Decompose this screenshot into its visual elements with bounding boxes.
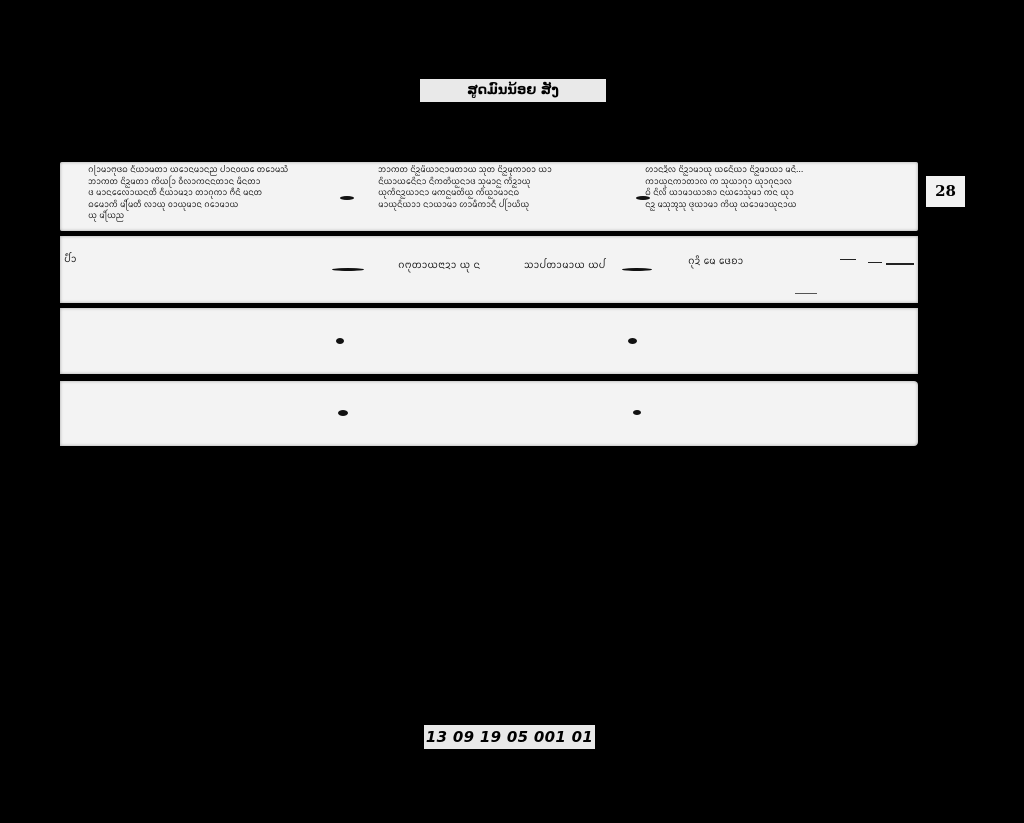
palm-leaf-1: ᨣᩕᩣᨾᩣᨻᩩᨴᨵ ᨶᩥᨿᩣᨾᨲᩣ ᨿᩮᩣᨶᨾᩣᨶᨬ ᨸᩣᨶᩅᨿᩮ ᨲᩮᩣᨾᩈᩫ…	[60, 162, 918, 231]
string-hole	[336, 338, 344, 344]
page-number-label: 28	[926, 176, 965, 207]
ink-mark	[840, 259, 856, 260]
title-inscription: ᩈᩣᨸᨲᩣᨾᩣᨿ ᨿᨸ	[524, 258, 605, 274]
ink-mark	[795, 293, 817, 294]
palm-leaf-2: ᨸᩥᩣ ᨣᨻᩩᨲᩣᨿᨶᩣᨯᩣ ᨿᩩ ᨶ ᩈᩣᨸᨲᩣᨾᩣᨿ ᨿᨸ ᨣᩩᨯᩦ ᨾᩮ …	[60, 236, 918, 303]
leaf-1-column-1: ᨣᩕᩣᨾᩣᨻᩩᨴᨵ ᨶᩥᨿᩣᨾᨲᩣ ᨿᩮᩣᨶᨾᩣᨶᨬ ᨸᩣᨶᩅᨿᩮ ᨲᩮᩣᨾᩈᩫ…	[88, 165, 363, 223]
script-line: ᨣᩕᩣᨾᩣᨻᩩᨴᨵ ᨶᩥᨿᩣᨾᨲᩣ ᨿᩮᩣᨶᨾᩣᨶᨬ ᨸᩣᨶᩅᨿᩮ ᨲᩮᩣᨾᩈᩫ	[88, 165, 363, 177]
script-line: ᨽᩣᨠᨲ ᨶᩦᨯᩬᨾᨲᩣ ᨠᩦᨿᩕᩣ ᩅᩥᩃᩣᨠᨶᨶᨲᩣᨶ ᨾᩥᨶᨲᩣ	[88, 177, 363, 189]
script-line: ᨽᩣᨠᨲ ᨶᩦᨯᩬᨾᩦᨿᩣᨶᩣᨾᨲᩣᨿ ᩈᩩᨲ ᨶᩦᨯᩬᨾᩩᨠᩣᩅᩣ ᨿᩣ	[378, 165, 626, 177]
ink-mark	[886, 263, 914, 265]
leaf-1-column-3: ᩉᩣᨶᨯᩥᩃ ᨶᩦᨯᩬᩣᨾᩣᨿᩩ ᨿᩮᨶᩦᨿᩣ ᨶᩦᨯᩬᨾᩣᨿᩣ ᨾᨶᩫ... …	[645, 165, 907, 211]
string-hole	[628, 338, 637, 344]
script-line: ᨾᩣᨿᩩᨶᩦᨿᩣᩣ ᨶᩣᨿᩣᨾᩣ ᩉᩣᨾᩥᨠᩣᨶᩥ ᨸᩕᩣᨿᩦᨿᩩ	[378, 200, 626, 212]
collection-title-label: ສູດມົນນ້ອຍ ສັງ	[420, 79, 606, 102]
script-line: ᨴ ᨾᩣᨶᩯᩃᩣᨿᨶᨲᩥ ᨶᩥᨿᩣᨾᨯᩣ ᨲᩣᨣᩩᨠᩣ ᨻᩥᨶᩫ ᨾᨶᨲ	[88, 188, 363, 200]
string-hole	[340, 196, 354, 200]
archive-code-label: 13 09 19 05 001 01	[424, 725, 595, 749]
script-line: ᨵᩮᨾᩣᨠᩦ ᨾᩕᩥᨾᨲᩥ ᩃᩣᨿᩩ ᩅᩣᨿᩩᨾᩣᨶ ᨣᩮᩣᨾᩣᨿ	[88, 200, 363, 212]
date-inscription: ᨣᩩᨯᩦ ᨾᩮ ᨴᩮᨧᩣ	[688, 254, 743, 270]
string-hole	[622, 268, 652, 271]
script-line: ᨠᩣᨿᩩᨶᨠᩣᨲᩣᩃ ᨠ ᩈᩩᨿᩣᨣᩩᩣ ᨿᩩᩣᨣᩩᨶᩣᩃ	[645, 177, 907, 189]
script-line: ᨶᨯᩬ ᨾᩈᩩᩋᩩᩈᩩ ᨴᩩᨿᩣᨾᩣ ᨠᩦᨿᩩ ᨿᩮᩣᨾᩣᨿᩩᨶᩣᨿ	[645, 200, 907, 212]
palm-leaf-3	[60, 308, 918, 374]
string-hole	[633, 410, 641, 415]
ink-mark	[868, 262, 882, 263]
leaf-number-mark: ᨸᩥᩣ	[64, 252, 77, 268]
string-hole	[338, 410, 348, 416]
script-line: ᨿᩩᨠᩦᨶᨯᩬᨿᩣᨶᩣ ᨾᨠᨶᩬᨾᨲᩦᨿᩬ ᨠᩦᨿᩬᩣᨾᩣᨶᨵ	[378, 188, 626, 200]
title-inscription: ᨣᨻᩩᨲᩣᨿᨶᩣᨯᩣ ᨿᩩ ᨶ	[398, 258, 480, 274]
palm-leaf-4	[60, 381, 918, 446]
script-line: ᨶᩦᨿᩣᨿᩮᨶᩦᨶᩣ ᨶᩦᨠᨲᩦᨿᩬᨶᩣᨴ ᩈᩩᨾᩣᨶᩬ ᨠᩦᨯᩬᩣᨿᩩ	[378, 177, 626, 189]
script-line: ᨵᩦ ᨶᩦᩃᩦ ᨿᩣᨾᩣᨿᩣᩁᩣ ᨶᨿᩮᩣᩈᩩᨾᩣ ᨠᨶ ᨿᩩᩣ	[645, 188, 907, 200]
script-line: ᨿᩩ ᨾᩕᩥᨿᨬ	[88, 211, 363, 223]
script-line: ᩉᩣᨶᨯᩥᩃ ᨶᩦᨯᩬᩣᨾᩣᨿᩩ ᨿᩮᨶᩦᨿᩣ ᨶᩦᨯᩬᨾᩣᨿᩣ ᨾᨶᩫ...	[645, 165, 907, 177]
leaf-1-column-2: ᨽᩣᨠᨲ ᨶᩦᨯᩬᨾᩦᨿᩣᨶᩣᨾᨲᩣᨿ ᩈᩩᨲ ᨶᩦᨯᩬᨾᩩᨠᩣᩅᩣ ᨿᩣ ᨶᩦ…	[378, 165, 626, 211]
string-hole	[332, 268, 364, 271]
